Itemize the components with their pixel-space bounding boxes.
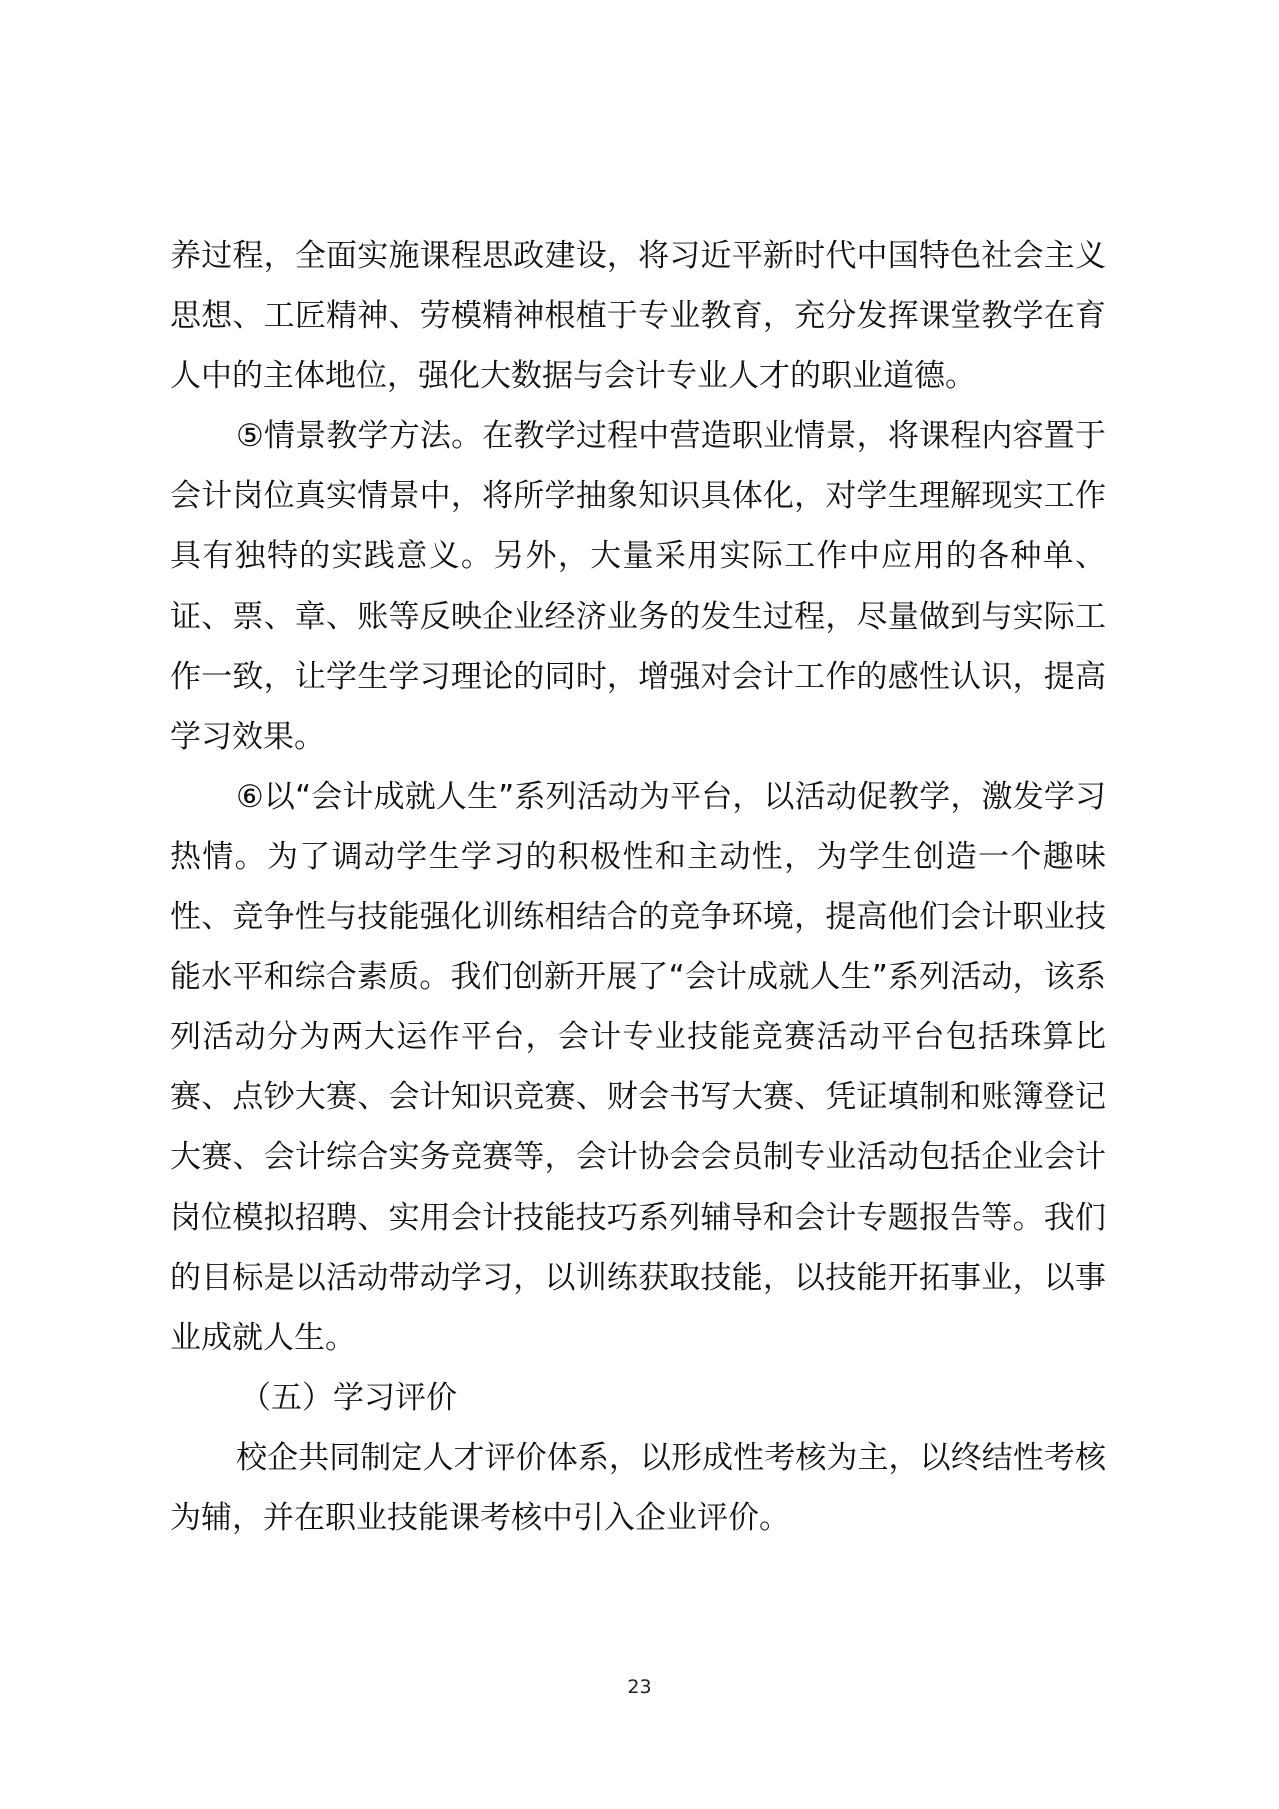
paragraph-evaluation-system: 校企共同制定人才评价体系，以形成性考核为主，以终结性考核为辅，并在职业技能课考核… xyxy=(170,1428,1106,1548)
paragraph-scenario-teaching: ⑤情景教学方法。在教学过程中营造职业情景，将课程内容置于会计岗位真实情景中，将所… xyxy=(170,406,1106,767)
paragraph-activity-platform: ⑥以“会计成就人生”系列活动为平台，以活动促教学，激发学习热情。为了调动学生学习… xyxy=(170,767,1106,1368)
paragraph-continuation: 养过程，全面实施课程思政建设，将习近平新时代中国特色社会主义思想、工匠精神、劳模… xyxy=(170,226,1106,406)
page-number: 23 xyxy=(0,1676,1279,1698)
section-heading-learning-evaluation: （五）学习评价 xyxy=(170,1368,1106,1428)
document-page: 养过程，全面实施课程思政建设，将习近平新时代中国特色社会主义思想、工匠精神、劳模… xyxy=(0,0,1279,1809)
body-text: 养过程，全面实施课程思政建设，将习近平新时代中国特色社会主义思想、工匠精神、劳模… xyxy=(170,226,1106,1548)
